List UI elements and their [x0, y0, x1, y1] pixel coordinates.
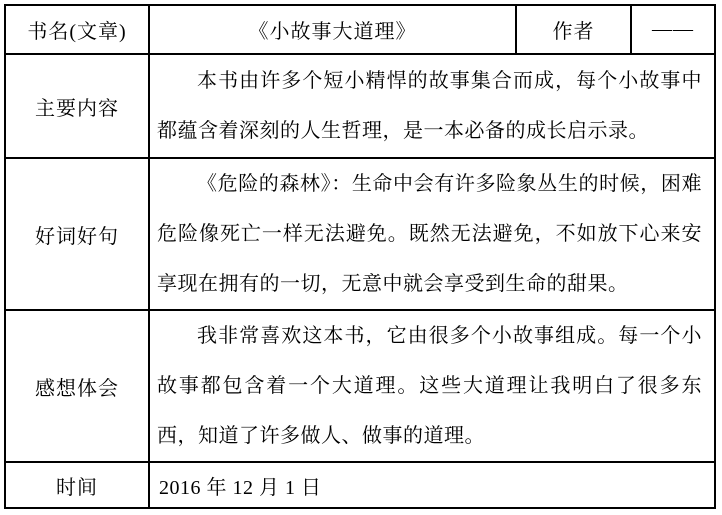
reflection-paragraph: 我非常喜欢这本书，它由很多个小故事组成。每一个小故事都包含着一个大道理。这些大道…: [157, 311, 702, 461]
good-words-value-cell: 《危险的森林》：生命中会有许多险象丛生的时候，困难危险像死亡一样无法避免。既然无…: [149, 158, 715, 310]
header-row: 书名(文章) 《小故事大道理》 作者 ——: [5, 5, 715, 54]
good-words-label-cell: 好词好句: [5, 158, 149, 310]
main-content-label-cell: 主要内容: [5, 54, 149, 158]
main-content-paragraph: 本书由许多个短小精悍的故事集合而成，每个小故事中都蕴含着深刻的人生哲理，是一本必…: [157, 56, 702, 156]
document-page: 书名(文章) 《小故事大道理》 作者 —— 主要内容 本书由许多个短小精悍的故事…: [0, 0, 722, 515]
good-words-paragraph: 《危险的森林》：生命中会有许多险象丛生的时候，困难危险像死亡一样无法避免。既然无…: [157, 159, 702, 309]
book-label-cell: 书名(文章): [5, 5, 149, 54]
main-content-value-cell: 本书由许多个短小精悍的故事集合而成，每个小故事中都蕴含着深刻的人生哲理，是一本必…: [149, 54, 715, 158]
author-value-cell: ——: [631, 5, 715, 54]
date-label-cell: 时间: [5, 462, 149, 508]
book-title-cell: 《小故事大道理》: [149, 5, 516, 54]
date-row: 时间 2016 年 12 月 1 日: [5, 462, 715, 508]
reading-report-table: 书名(文章) 《小故事大道理》 作者 —— 主要内容 本书由许多个短小精悍的故事…: [4, 4, 716, 509]
main-content-row: 主要内容 本书由许多个短小精悍的故事集合而成，每个小故事中都蕴含着深刻的人生哲理…: [5, 54, 715, 158]
good-words-row: 好词好句 《危险的森林》：生命中会有许多险象丛生的时候，困难危险像死亡一样无法避…: [5, 158, 715, 310]
reflection-row: 感想体会 我非常喜欢这本书，它由很多个小故事组成。每一个小故事都包含着一个大道理…: [5, 310, 715, 462]
date-value-cell: 2016 年 12 月 1 日: [149, 462, 715, 508]
reflection-label-cell: 感想体会: [5, 310, 149, 462]
reflection-value-cell: 我非常喜欢这本书，它由很多个小故事组成。每一个小故事都包含着一个大道理。这些大道…: [149, 310, 715, 462]
author-label-cell: 作者: [516, 5, 631, 54]
